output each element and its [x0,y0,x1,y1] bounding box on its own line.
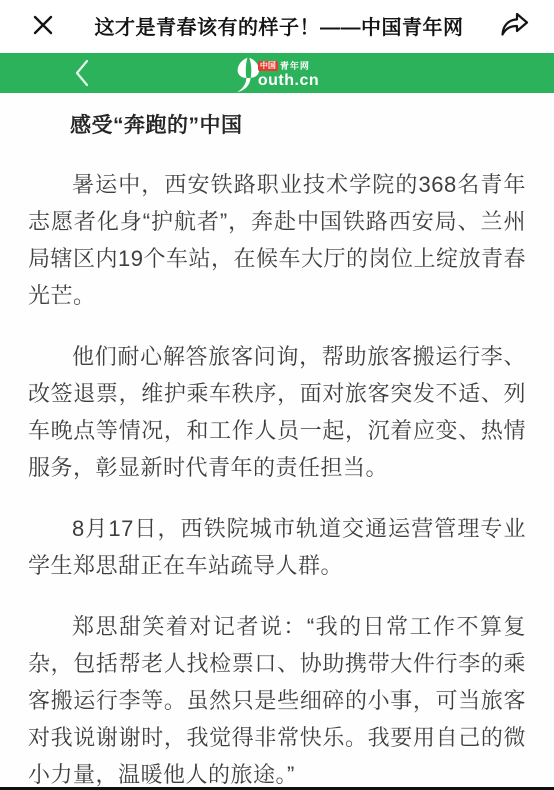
share-button[interactable] [498,8,532,42]
close-icon [32,14,54,36]
article-body: 感受“奔跑的”中国 暑运中，西安铁路职业技术学院的368名青年志愿者化身“护航者… [0,112,554,790]
topbar: 这才是青春该有的样子！——中国青年网 [0,0,554,50]
forward-share-icon [500,12,530,38]
logo-badge: 中国 [258,61,278,71]
youth-banner: 中国 青年网 outh.cn [0,53,554,93]
chevron-left-icon [74,59,90,87]
article-paragraph-4: 郑思甜笑着对记者说：“我的日常工作不算复杂，包括帮老人找检票口、协助携带大件行李… [28,608,526,790]
logo-text: 中国 青年网 outh.cn [258,61,319,89]
page-title: 这才是青春该有的样子！——中国青年网 [60,11,498,40]
youthcn-logo: 中国 青年网 outh.cn [235,57,319,89]
article-paragraph-1: 暑运中，西安铁路职业技术学院的368名青年志愿者化身“护航者”，奔赴中国铁路西安… [28,166,526,314]
article-paragraph-2: 他们耐心解答旅客问询，帮助旅客搬运行李、改签退票，维护乘车秩序，面对旅客突发不适… [28,338,526,486]
back-button[interactable] [62,53,102,93]
logo-cn-text: 青年网 [280,62,310,71]
close-button[interactable] [26,8,60,42]
logo-domain-text: outh.cn [258,73,319,89]
article-heading: 感受“奔跑的”中国 [28,112,526,140]
article-page: 这才是青春该有的样子！——中国青年网 中国 [0,0,554,790]
article-paragraph-3: 8月17日，西铁院城市轨道交通运营管理专业学生郑思甜正在车站疏导人群。 [28,510,526,584]
